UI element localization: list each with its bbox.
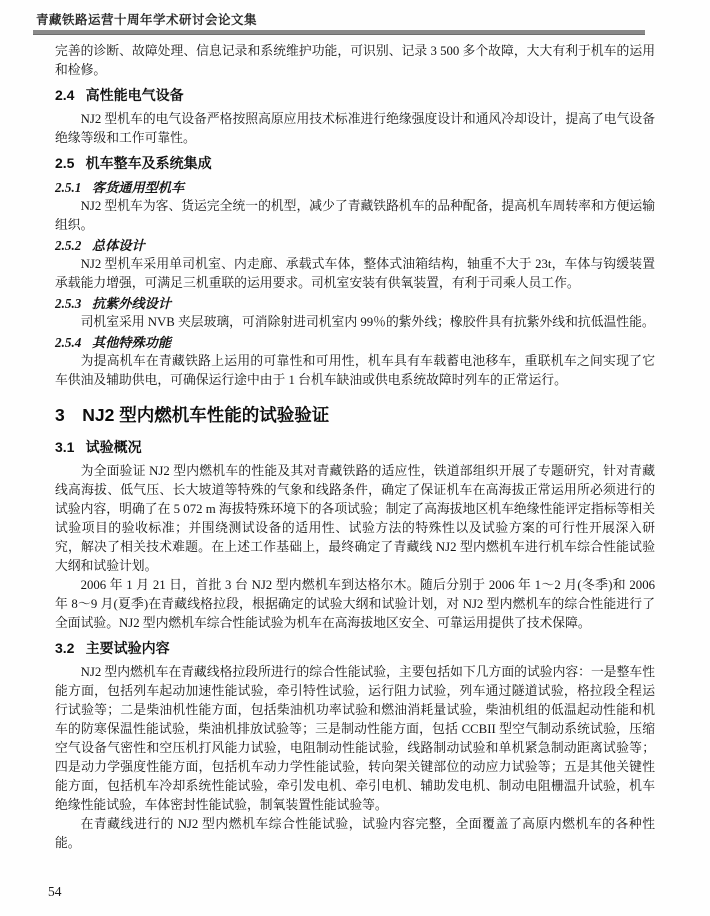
chapter-number: 3: [55, 405, 65, 425]
chapter-heading-3: 3NJ2 型内燃机车性能的试验验证: [55, 402, 655, 428]
section-title: 高性能电气设备: [86, 87, 184, 103]
subsection-heading-2-5-1: 2.5.1客货通用型机车: [55, 178, 655, 197]
document-page: 青藏铁路运营十周年学术研讨会论文集 完善的诊断、故障处理、信息记录和系统维护功能…: [0, 0, 710, 916]
subsection-number: 2.5.3: [55, 296, 81, 311]
subsection-heading-2-5-2: 2.5.2总体设计: [55, 236, 655, 255]
subsection-title: 其他特殊功能: [92, 335, 171, 350]
section-heading-2-5: 2.5机车整车及系统集成: [55, 154, 655, 173]
subsection-number: 2.5.2: [55, 238, 81, 253]
section-number: 3.2: [55, 640, 74, 656]
subsection-heading-2-5-4: 2.5.4其他特殊功能: [55, 333, 655, 352]
paragraph-3-1-a: 为全面验证 NJ2 型内燃机车的性能及其对青藏铁路的适应性，铁道部组织开展了专题…: [55, 462, 655, 576]
paragraph-2-5-2: NJ2 型机车采用单司机室、内走廊、承载式车体，整体式油箱结构，轴重不大于 23…: [55, 255, 655, 293]
subsection-number: 2.5.1: [55, 180, 81, 195]
subsection-title: 总体设计: [92, 238, 145, 253]
paragraph-2-5-4: 为提高机车在青藏铁路上运用的可靠性和可用性，机车具有车载蓄电池移车，重联机车之间…: [55, 352, 655, 390]
subsection-title: 抗紫外线设计: [92, 296, 171, 311]
paragraph-3-2-a: NJ2 型内燃机车在青藏线格拉段所进行的综合性能试验，主要包括如下几方面的试验内…: [55, 663, 655, 815]
article-body: 完善的诊断、故障处理、信息记录和系统维护功能，可识别、记录 3 500 多个故障…: [55, 42, 655, 853]
page-number: 54: [48, 884, 62, 900]
paragraph-3-2-b: 在青藏线进行的 NJ2 型内燃机车综合性能试验，试验内容完整，全面覆盖了高原内燃…: [55, 815, 655, 853]
section-heading-3-1: 3.1试验概况: [55, 438, 655, 457]
section-title: 试验概况: [86, 439, 142, 455]
section-number: 3.1: [55, 439, 74, 455]
running-header-title: 青藏铁路运营十周年学术研讨会论文集: [36, 10, 257, 28]
section-heading-2-4: 2.4高性能电气设备: [55, 86, 655, 105]
paragraph-continuation: 完善的诊断、故障处理、信息记录和系统维护功能，可识别、记录 3 500 多个故障…: [55, 42, 655, 80]
section-title: 主要试验内容: [86, 640, 170, 656]
paragraph-2-5-1: NJ2 型机车为客、货运完全统一的机型，减少了青藏铁路机车的品种配备，提高机车周…: [55, 197, 655, 235]
section-title: 机车整车及系统集成: [86, 155, 212, 171]
subsection-title: 客货通用型机车: [92, 180, 184, 195]
subsection-number: 2.5.4: [55, 335, 81, 350]
paragraph-3-1-b: 2006 年 1 月 21 日，首批 3 台 NJ2 型内燃机车到达格尔木。随后…: [55, 576, 655, 633]
paragraph-2-4: NJ2 型机车的电气设备严格按照高原应用技术标准进行绝缘强度设计和通风冷却设计，…: [55, 110, 655, 148]
section-number: 2.5: [55, 155, 74, 171]
chapter-title: NJ2 型内燃机车性能的试验验证: [82, 405, 329, 425]
section-heading-3-2: 3.2主要试验内容: [55, 639, 655, 658]
paragraph-2-5-3: 司机室采用 NVB 夹层玻璃，可消除射进司机室内 99％的紫外线；橡胶件具有抗紫…: [55, 313, 655, 332]
subsection-heading-2-5-3: 2.5.3抗紫外线设计: [55, 294, 655, 313]
header-rule: [33, 30, 645, 35]
section-number: 2.4: [55, 87, 74, 103]
